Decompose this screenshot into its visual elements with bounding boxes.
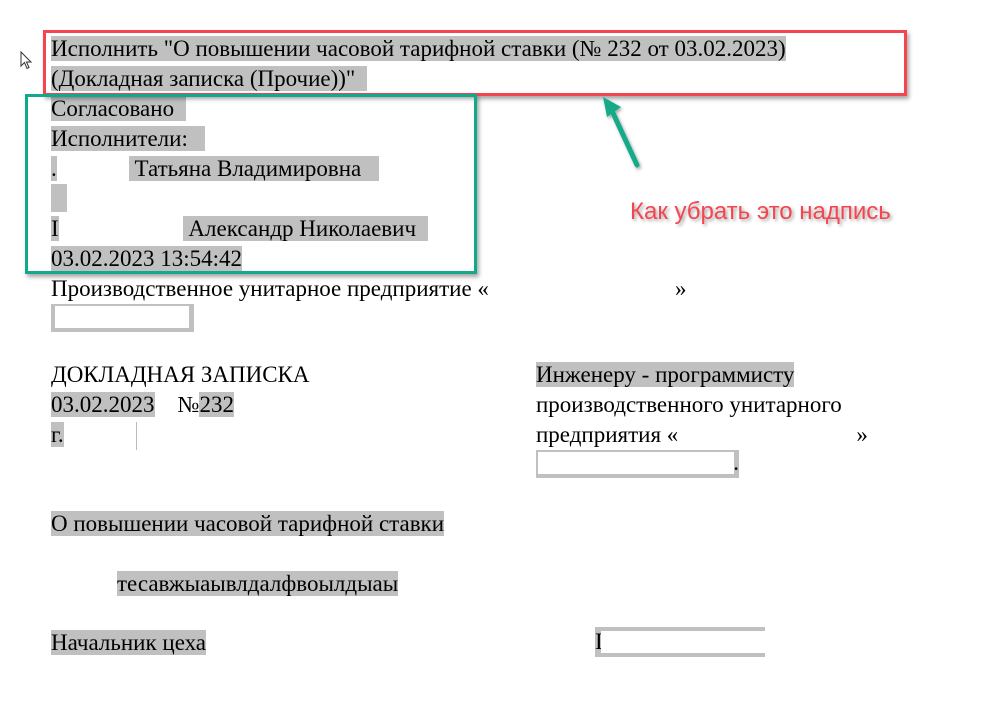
recipient-line-4: . <box>536 450 739 478</box>
document-subject: О повышении часовой тарифной ставки <box>51 509 444 539</box>
document-city: г. <box>51 420 137 450</box>
organization-name: Производственное унитарное предприятие «… <box>51 274 686 304</box>
recipient-line-3: предприятия «» <box>536 420 868 450</box>
signer-title: Начальник цеха <box>51 628 206 658</box>
document-type: ДОКЛАДНАЯ ЗАПИСКА <box>51 360 310 390</box>
document-body: тесавжыаывлдалфвоылдыаы <box>117 569 398 599</box>
redacted-field <box>51 304 194 332</box>
recipient-line-1: Инженеру - программисту <box>536 360 794 390</box>
document-date-number: 03.02.2023 №232 <box>51 390 234 420</box>
highlight-box-red <box>43 30 907 96</box>
mouse-pointer-icon <box>20 51 34 71</box>
recipient-line-2: производственного унитарного <box>536 390 842 420</box>
highlight-box-green <box>25 94 477 274</box>
signer-name-redacted: I <box>595 627 765 657</box>
annotation-question: Как убрать это надпись <box>630 198 891 226</box>
arrow-icon <box>595 95 655 175</box>
